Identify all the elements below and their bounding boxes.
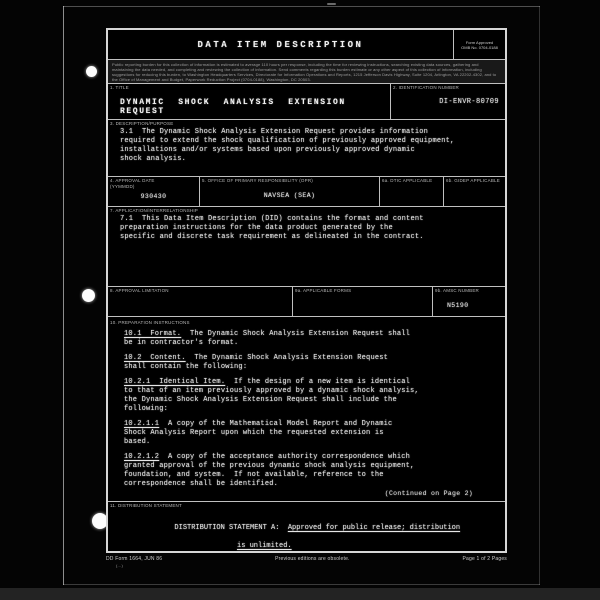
block6a-label: 6a. DTIC APPLICABLE [380, 177, 443, 184]
block-opr: 5. OFFICE OF PRIMARY RESPONSIBILITY (OPR… [200, 177, 380, 206]
footer-print-note: (...) [116, 563, 162, 568]
prep-paragraph: 10.2.1.2 A copy of the acceptance author… [124, 453, 501, 489]
identification-number-value: DI-ENVR-80709 [391, 91, 505, 106]
block-approval-date: 4. APPROVAL DATE (YYMMDD) 930430 [108, 177, 200, 206]
scanned-document: DATA ITEM DESCRIPTION Form Approved OMB … [0, 0, 600, 600]
approval-date-value: 930430 [108, 189, 199, 200]
opr-value: NAVSEA (SEA) [200, 184, 379, 199]
block-gidep-applicable: 6b. GIDEP APPLICABLE [444, 177, 505, 206]
block8-label: 8. APPROVAL LIMITATION [108, 287, 292, 294]
punch-hole [86, 66, 97, 77]
header-row: DATA ITEM DESCRIPTION Form Approved OMB … [108, 30, 505, 60]
block-preparation-instructions: 10. PREPARATION INSTRUCTIONS 10.1 Format… [108, 317, 505, 501]
paper-edge-right [539, 6, 540, 585]
did-title-value: DYNAMIC SHOCK ANALYSIS EXTENSION REQUEST [108, 91, 390, 116]
paper-edge-left [63, 6, 64, 585]
amsc-number-value: N5190 [433, 294, 505, 309]
approval-row: 4. APPROVAL DATE (YYMMDD) 930430 5. OFFI… [108, 177, 505, 207]
block-dtic-applicable: 6a. DTIC APPLICABLE [380, 177, 444, 206]
block-distribution-statement: 11. DISTRIBUTION STATEMENT DISTRIBUTION … [108, 502, 505, 555]
dd-form-1664: DATA ITEM DESCRIPTION Form Approved OMB … [106, 28, 507, 553]
distribution-prefix: DISTRIBUTION STATEMENT A: [174, 524, 287, 532]
application-row: 7. APPLICATION/INTERRELATIONSHIP 7.1 Thi… [108, 207, 505, 287]
block-application-interrelationship: 7. APPLICATION/INTERRELATIONSHIP 7.1 Thi… [108, 207, 505, 286]
block9a-label: 9a. APPLICABLE FORMS [293, 287, 432, 294]
application-text: 7.1 This Data Item Description (DID) con… [108, 214, 505, 242]
distribution-statement-text: DISTRIBUTION STATEMENT A: Approved for p… [108, 509, 505, 556]
form-title: DATA ITEM DESCRIPTION [198, 40, 364, 50]
punch-hole [82, 289, 95, 302]
limitation-row: 8. APPROVAL LIMITATION 9a. APPLICABLE FO… [108, 287, 505, 317]
continuation-note: (Continued on Page 2) [385, 490, 473, 497]
prep-paragraph: 10.2.1.1 A copy of the Mathematical Mode… [124, 420, 501, 447]
footer-page-number: Page 1 of 2 Pages [462, 556, 507, 568]
block-approval-limitation: 8. APPROVAL LIMITATION [108, 287, 293, 316]
description-text: 3.1 The Dynamic Shock Analysis Extension… [108, 127, 505, 164]
footer-editions-note: Previous editions are obsolete. [275, 556, 350, 562]
prep-paragraph: 10.2.1 Identical Item. If the design of … [124, 378, 501, 414]
scan-artifact [327, 3, 336, 5]
description-row: 3. DESCRIPTION/PURPOSE 3.1 The Dynamic S… [108, 120, 505, 177]
block-applicable-forms: 9a. APPLICABLE FORMS [293, 287, 433, 316]
scanner-edge-strip [0, 588, 600, 600]
paper-edge-top [63, 6, 540, 7]
prep-paragraph: 10.2 Content. The Dynamic Shock Analysis… [124, 354, 501, 372]
negative-scan-page: DATA ITEM DESCRIPTION Form Approved OMB … [0, 0, 600, 600]
paper-edge-bottom [63, 584, 540, 585]
distribution-line1: Approved for public release; distributio… [288, 524, 460, 532]
block-amsc-number: 9b. AMSC NUMBER N5190 [433, 287, 505, 316]
prep-paragraphs: 10.1 Format. The Dynamic Shock Analysis … [108, 330, 505, 489]
distribution-line2: is unlimited. [237, 542, 292, 550]
block6b-label: 6b. GIDEP APPLICABLE [444, 177, 505, 184]
form-footer: DD Form 1664, JUN 86 (...) Previous edit… [106, 556, 507, 568]
block-identification-number: 2. IDENTIFICATION NUMBER DI-ENVR-80709 [391, 84, 505, 119]
title-id-row: 1. TITLE DYNAMIC SHOCK ANALYSIS EXTENSIO… [108, 84, 505, 120]
footer-form-number: DD Form 1664, JUN 86 [106, 556, 162, 562]
footer-form-number-group: DD Form 1664, JUN 86 (...) [106, 556, 162, 568]
block10-label: 10. PREPARATION INSTRUCTIONS [108, 319, 505, 326]
distribution-row: 11. DISTRIBUTION STATEMENT DISTRIBUTION … [108, 502, 505, 555]
form-title-cell: DATA ITEM DESCRIPTION [108, 30, 454, 59]
omb-cell: Form Approved OMB No. 0704-0188 [454, 30, 505, 59]
preparation-row: 10. PREPARATION INSTRUCTIONS 10.1 Format… [108, 317, 505, 502]
block-title: 1. TITLE DYNAMIC SHOCK ANALYSIS EXTENSIO… [108, 84, 391, 119]
burden-statement: Public reporting burden for this collect… [108, 60, 505, 83]
burden-row: Public reporting burden for this collect… [108, 60, 505, 84]
block-description-purpose: 3. DESCRIPTION/PURPOSE 3.1 The Dynamic S… [108, 120, 505, 176]
omb-number: OMB No. 0704-0188 [461, 45, 498, 50]
prep-paragraph: 10.1 Format. The Dynamic Shock Analysis … [124, 330, 501, 348]
